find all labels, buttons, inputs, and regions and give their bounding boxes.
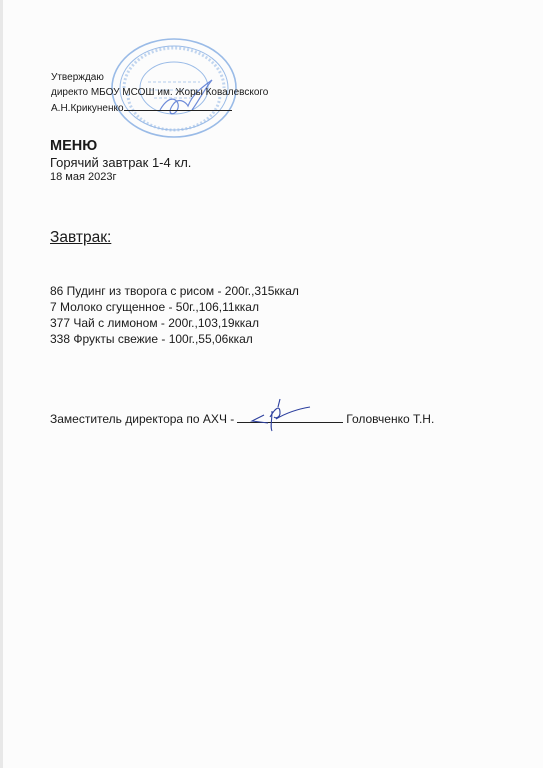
menu-items-list: 86 Пудинг из творога с рисом - 200г.,315…: [50, 283, 299, 347]
scan-edge: [0, 0, 3, 768]
menu-date: 18 мая 2023г: [50, 171, 116, 183]
list-item: 377 Чай с лимоном - 200г.,103,19ккал: [50, 315, 299, 331]
approval-position: директо МБОУ МСОШ им. Жоры Ковалевского: [51, 86, 268, 101]
approval-name: А.Н.Крикуненко: [51, 103, 124, 114]
approval-signature-line: [124, 100, 232, 111]
list-item: 338 Фрукты свежие - 100г.,55,06ккал: [50, 331, 299, 347]
list-item: 7 Молоко сгущенное - 50г.,106,11ккал: [50, 299, 299, 315]
document-page: Утверждаю директо МБОУ МСОШ им. Жоры Ков…: [0, 0, 543, 768]
list-item: 86 Пудинг из творога с рисом - 200г.,315…: [50, 283, 299, 299]
approval-label: Утверждаю: [51, 71, 268, 86]
signature-block: Заместитель директора по АХЧ -Головченко…: [50, 410, 434, 426]
page-title: МЕНЮ: [50, 138, 97, 154]
section-title: Завтрак:: [50, 229, 111, 247]
approval-block: Утверждаю директо МБОУ МСОШ им. Жоры Ков…: [51, 71, 268, 117]
signer-name: Головченко Т.Н.: [346, 412, 434, 426]
signer-role: Заместитель директора по АХЧ -: [50, 412, 234, 426]
menu-subtitle: Горячий завтрак 1-4 кл.: [50, 155, 191, 170]
handwritten-signature-icon: [246, 397, 316, 433]
